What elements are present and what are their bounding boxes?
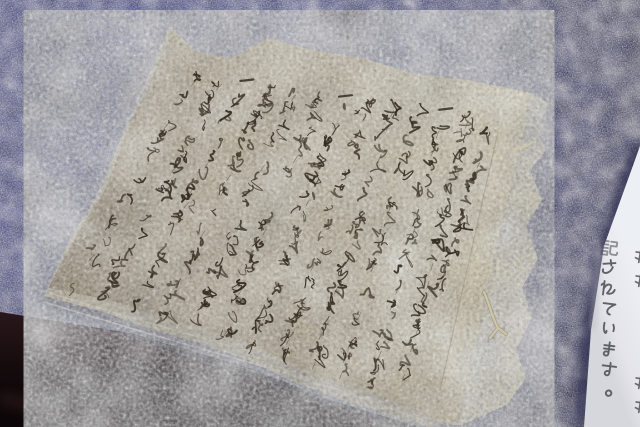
photo: Museum display photograph: an Edo-period… bbox=[0, 0, 640, 427]
scene-canvas: 記されています。 bbox=[0, 0, 640, 427]
